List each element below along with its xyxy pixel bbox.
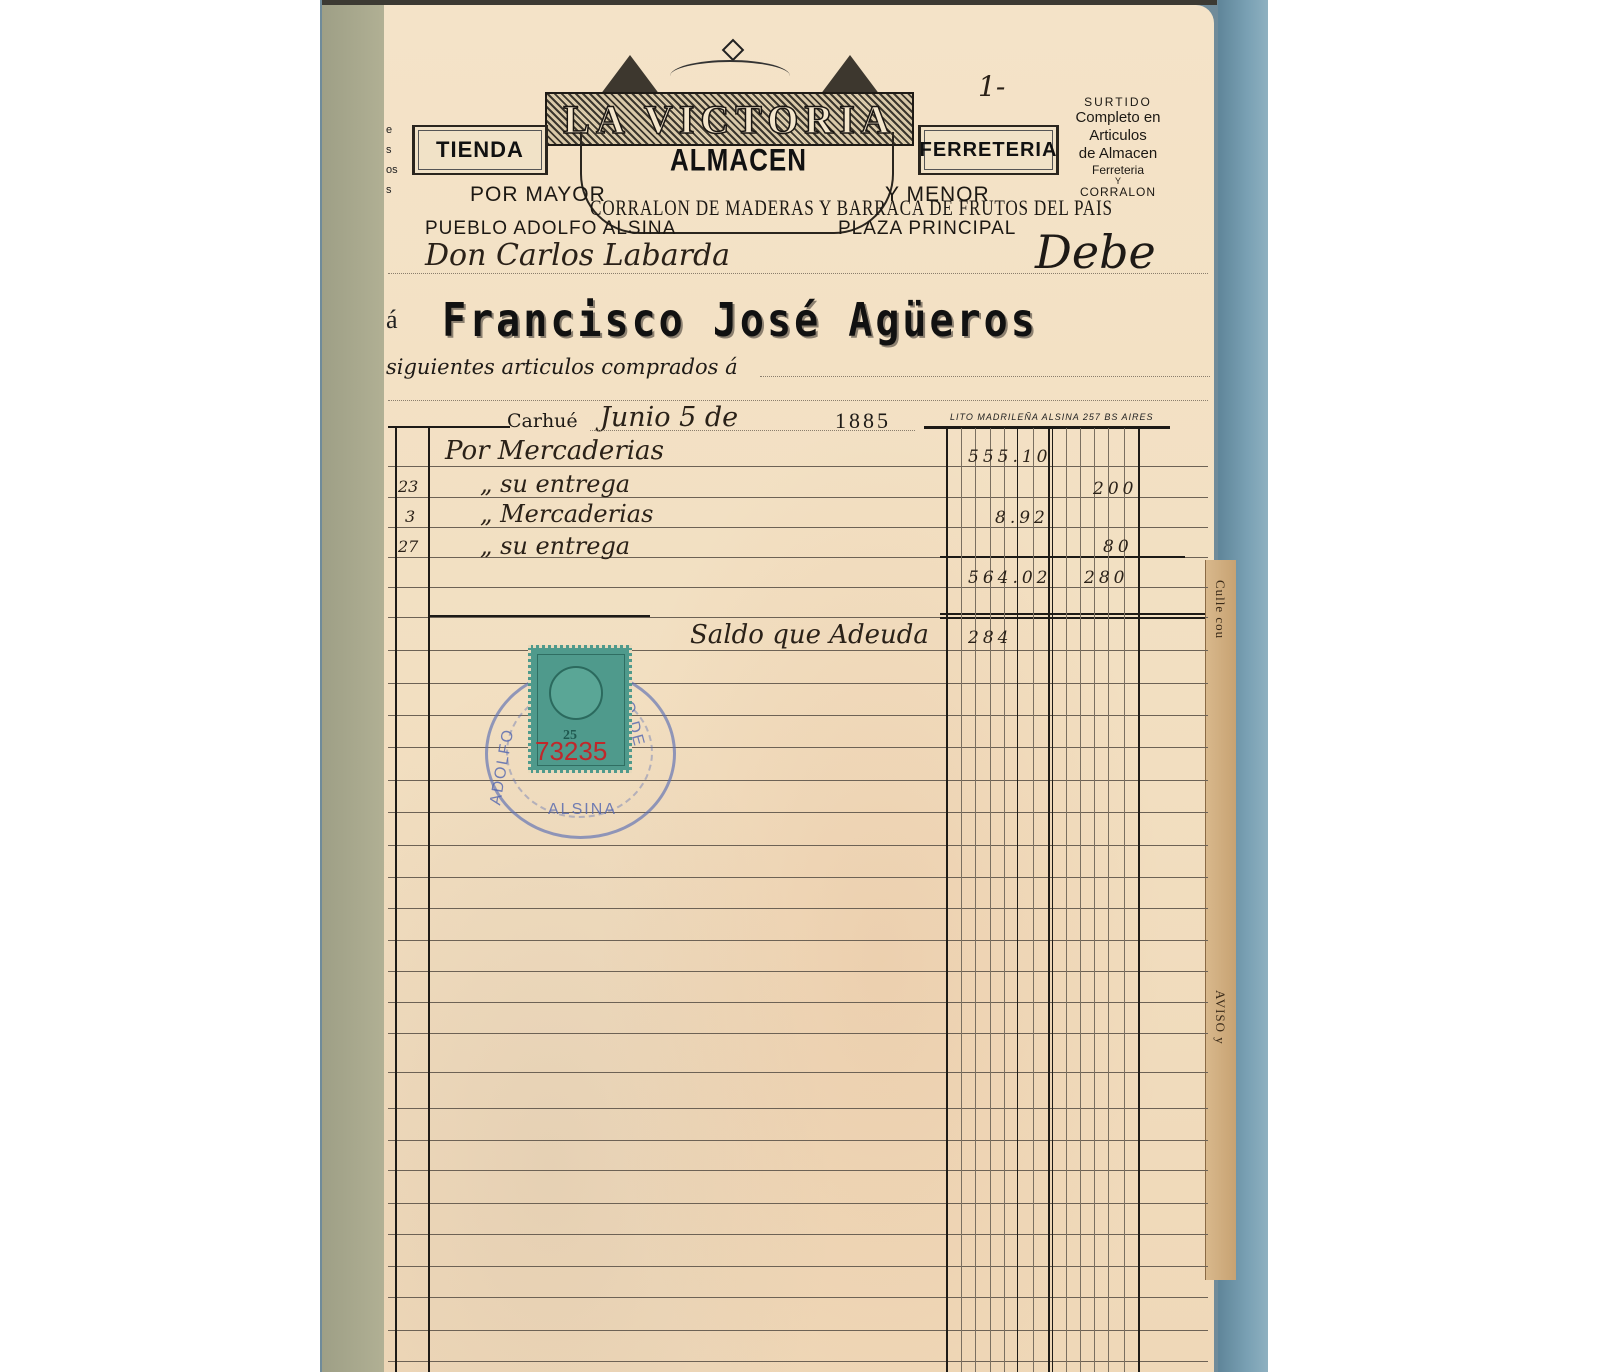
place-label: Carhué — [507, 410, 578, 432]
total-debit: 564.02 — [968, 568, 1051, 588]
y-menor: Y MENOR — [885, 183, 990, 207]
ribbon-fold-icon — [820, 55, 880, 95]
advert-line: Ferreteria — [1062, 163, 1174, 177]
balance-amount: 284 — [968, 628, 1012, 648]
debe-label: Debe — [1035, 225, 1156, 279]
left-edge-fragment: e s os s — [386, 120, 398, 200]
fragment-text: s — [386, 140, 398, 160]
stamp-serial: 73235 — [535, 736, 607, 767]
row-day: 23 — [398, 477, 418, 496]
book-cover-edge — [322, 0, 384, 1372]
row-credit: 200 — [1093, 479, 1137, 499]
rule-line — [760, 376, 1210, 377]
fragment-text: e — [386, 120, 398, 140]
row-day: 3 — [405, 507, 415, 526]
row-description: Por Mercaderias — [445, 436, 664, 466]
fragment-text: os — [386, 160, 398, 180]
torn-page-edge: Culle cou AVISO y — [1205, 560, 1236, 1280]
banner-ferreteria: FERRETERIA — [918, 125, 1059, 175]
advert-line: Articulos — [1062, 127, 1174, 145]
advert-line: Completo en — [1062, 109, 1174, 127]
total-credit: 280 — [1084, 568, 1128, 588]
intro-line: siguientes articulos comprados á — [386, 355, 738, 379]
printer-credit: Lito Madrileña Alsina 257 Bs Aires — [950, 412, 1154, 422]
date-text: Junio 5 de — [600, 402, 738, 433]
balance-label: Saldo que Adeuda — [690, 620, 929, 650]
row-day: 27 — [398, 537, 418, 556]
almacen-label: ALMACEN — [670, 142, 807, 179]
row-debit: 8.92 — [995, 508, 1049, 528]
row-description: „ su entrega — [480, 470, 630, 498]
seal-text: ALSINA — [548, 801, 617, 819]
side-advert: SURTIDO Completo en Articulos de Almacen… — [1062, 95, 1174, 199]
rule-line — [388, 400, 1208, 401]
banner-text: TIENDA — [436, 137, 524, 163]
coat-of-arms-icon — [549, 666, 603, 720]
rule-line — [590, 430, 915, 431]
addressee-name: Don Carlos Labarda — [425, 238, 730, 273]
row-credit: 80 — [1103, 537, 1133, 557]
seller-name: Francisco José Agüeros — [442, 295, 1038, 348]
address-left: PUEBLO ADOLFO ALSINA — [425, 218, 676, 240]
advert-line: de Almacen — [1062, 145, 1174, 163]
por-mayor: POR MAYOR — [470, 183, 606, 207]
banner-text: FERRETERIA — [920, 139, 1058, 162]
advert-line: CORRALON — [1062, 185, 1174, 199]
revenue-stamp: 25 73235 — [528, 645, 632, 773]
row-description: „ Mercaderias — [480, 500, 653, 528]
banner-tienda: TIENDA — [412, 125, 548, 175]
ribbon-fold-icon — [600, 55, 660, 95]
advert-line: SURTIDO — [1062, 95, 1174, 109]
rule-line — [388, 426, 510, 428]
advert-line: Y — [1062, 177, 1174, 185]
address-right: PLAZA PRINCIPAL — [838, 218, 1016, 240]
torn-text: AVISO y — [1212, 990, 1228, 1045]
row-debit: 555.10 — [968, 447, 1051, 467]
fragment-text: s — [386, 180, 398, 200]
torn-text: Culle cou — [1212, 580, 1228, 639]
page-number: 1- — [978, 70, 1005, 103]
rule-line — [388, 273, 1208, 274]
row-description: „ su entrega — [480, 532, 630, 560]
seller-prefix: á — [386, 305, 398, 335]
ornament-scroll-icon — [670, 60, 790, 92]
